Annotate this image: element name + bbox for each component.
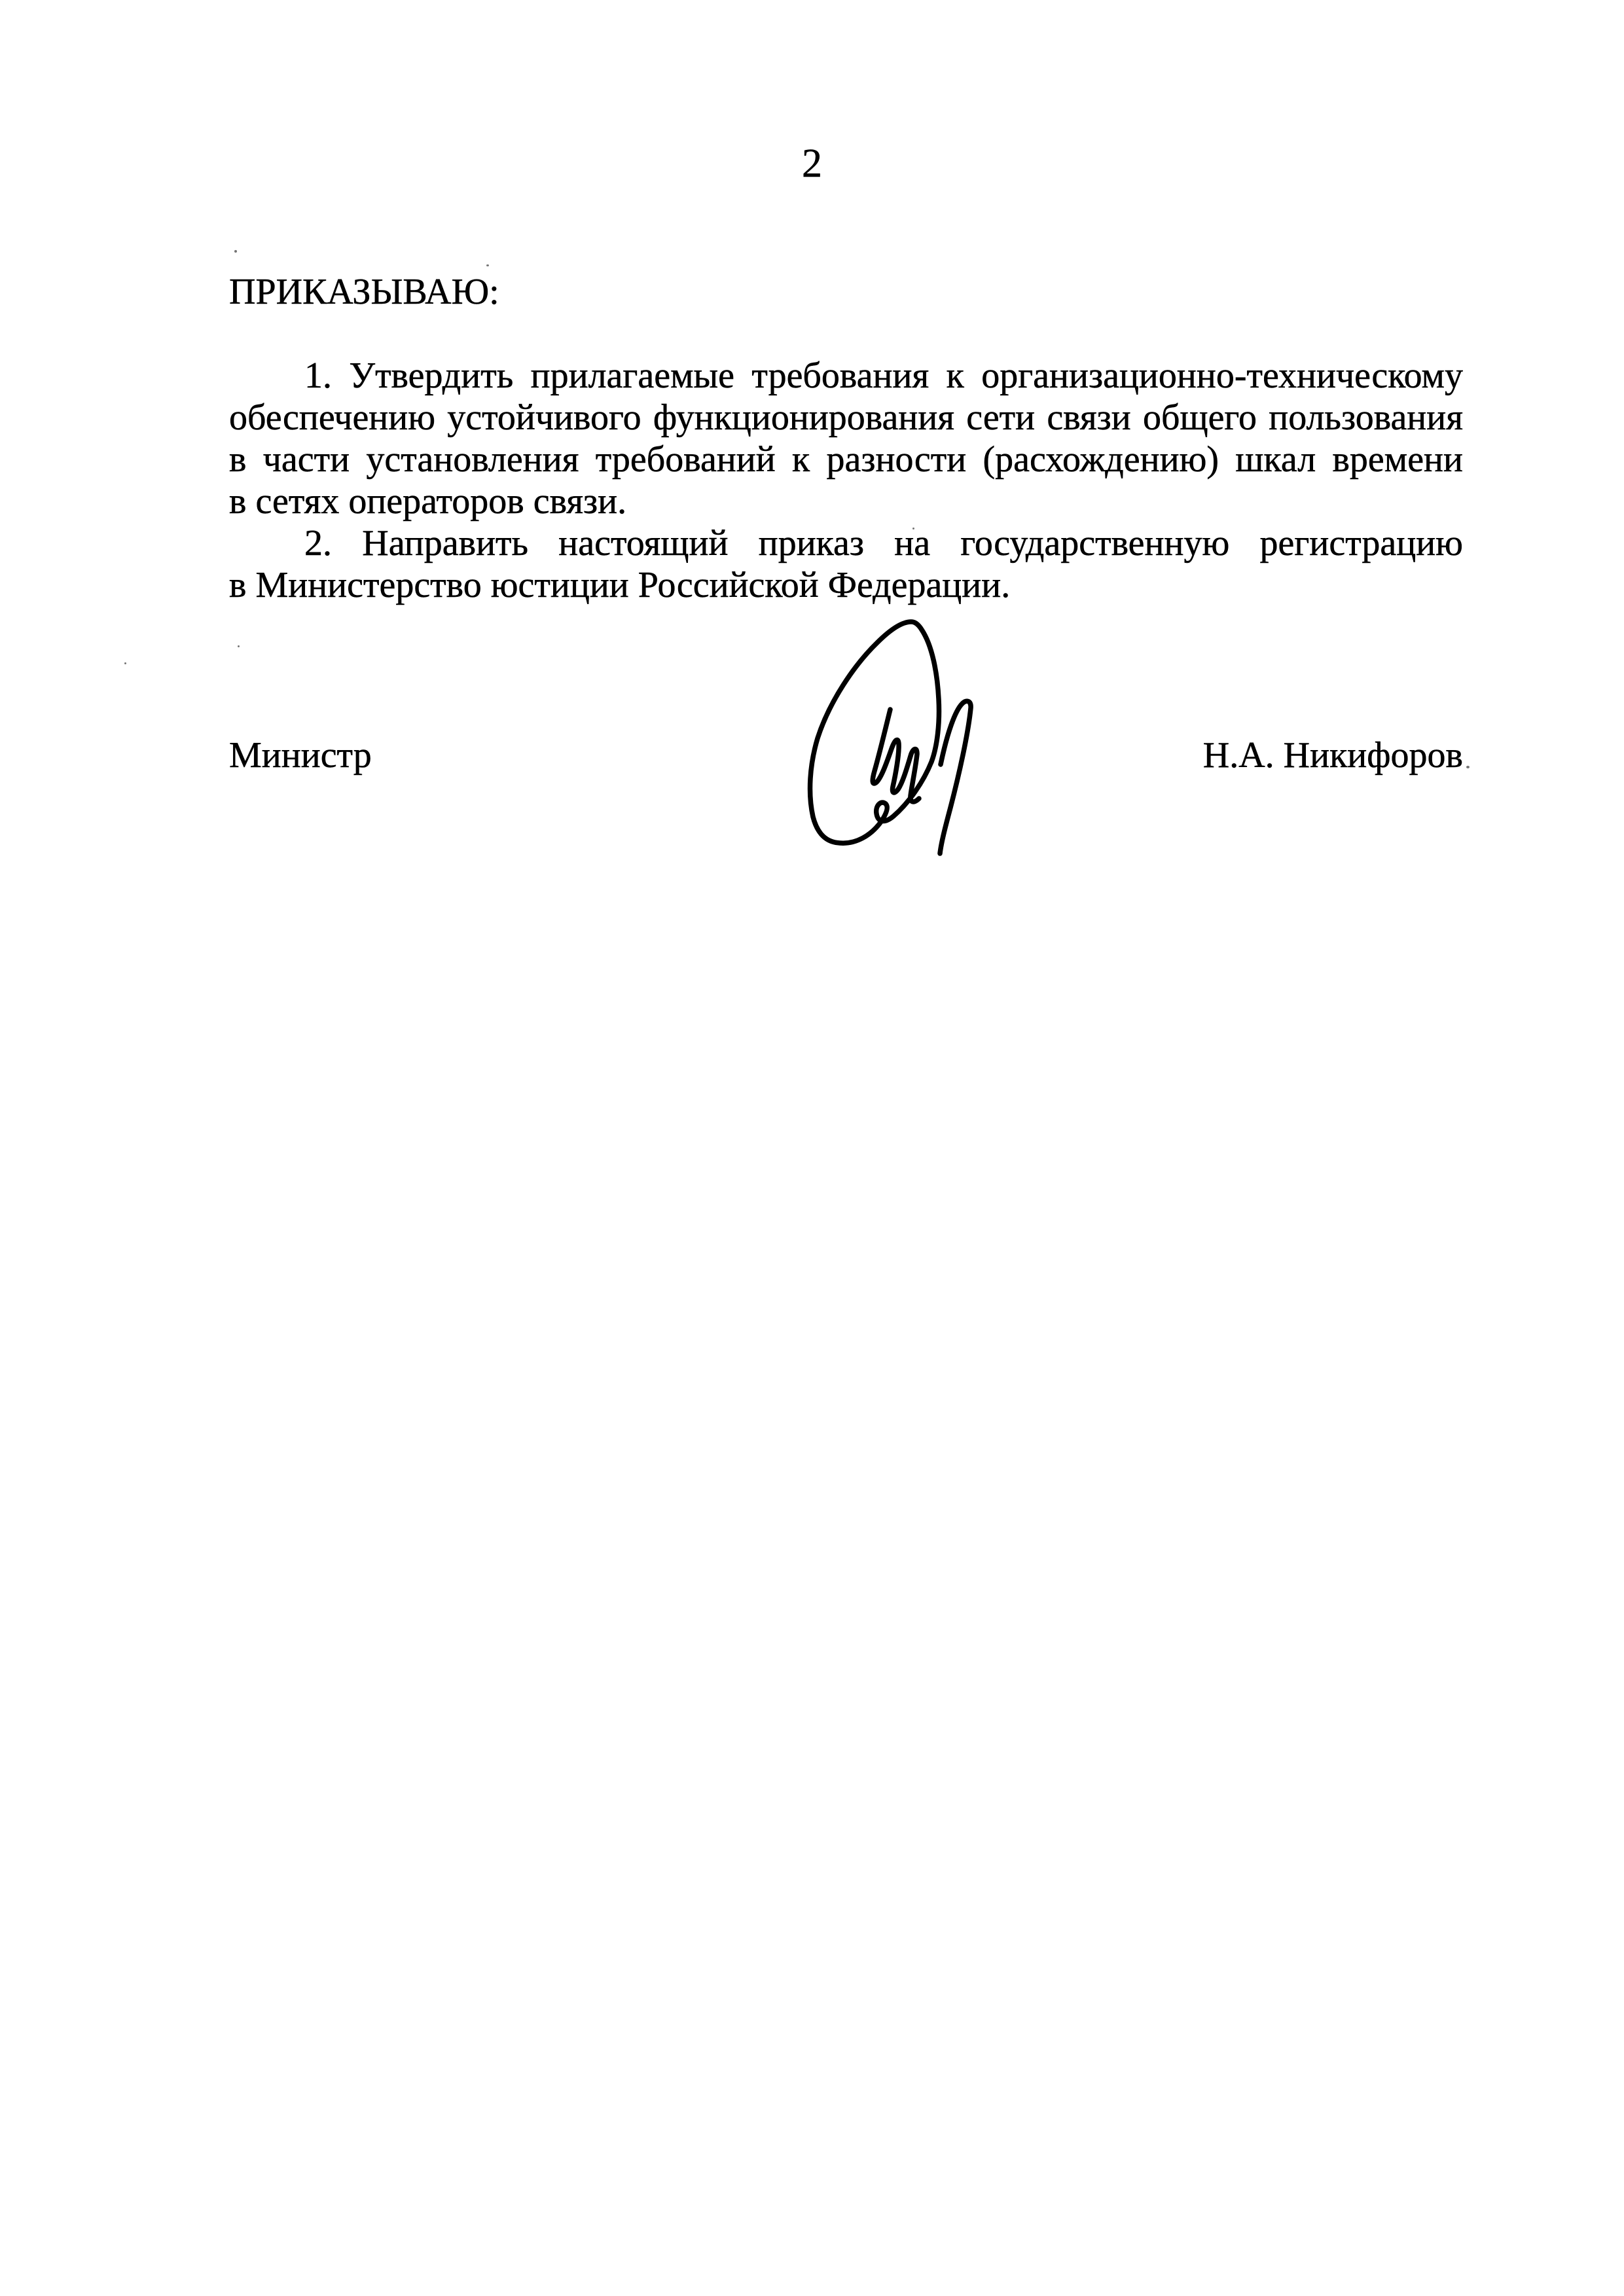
order-item-2-line-1: 2. Направить настоящий приказ на государ…: [229, 522, 1463, 564]
page-number: 2: [0, 143, 1624, 185]
scan-speck: [238, 645, 240, 647]
order-item-1-line-1: 1. Утвердить прилагаемые требования к ор…: [229, 355, 1463, 397]
scanned-document-page: 2 ПРИКАЗЫВАЮ: 1. Утвердить прилагаемые т…: [0, 0, 1624, 2296]
scan-speck: [486, 264, 489, 266]
order-item-2-line-2: в Министерство юстиции Российской Федера…: [229, 564, 1463, 606]
scan-speck: [912, 528, 914, 529]
order-item-1-line-2: обеспечению устойчивого функционирования…: [229, 397, 1463, 439]
order-item-1-line-4: в сетях операторов связи.: [229, 480, 1463, 522]
scan-speck: [124, 662, 126, 664]
order-item-1-line-3: в части установления требований к разнос…: [229, 439, 1463, 480]
scan-speck: [234, 250, 237, 253]
order-heading: ПРИКАЗЫВАЮ:: [229, 271, 499, 313]
signer-name: Н.А. Никифоров: [229, 734, 1463, 776]
scan-speck: [1466, 766, 1470, 768]
